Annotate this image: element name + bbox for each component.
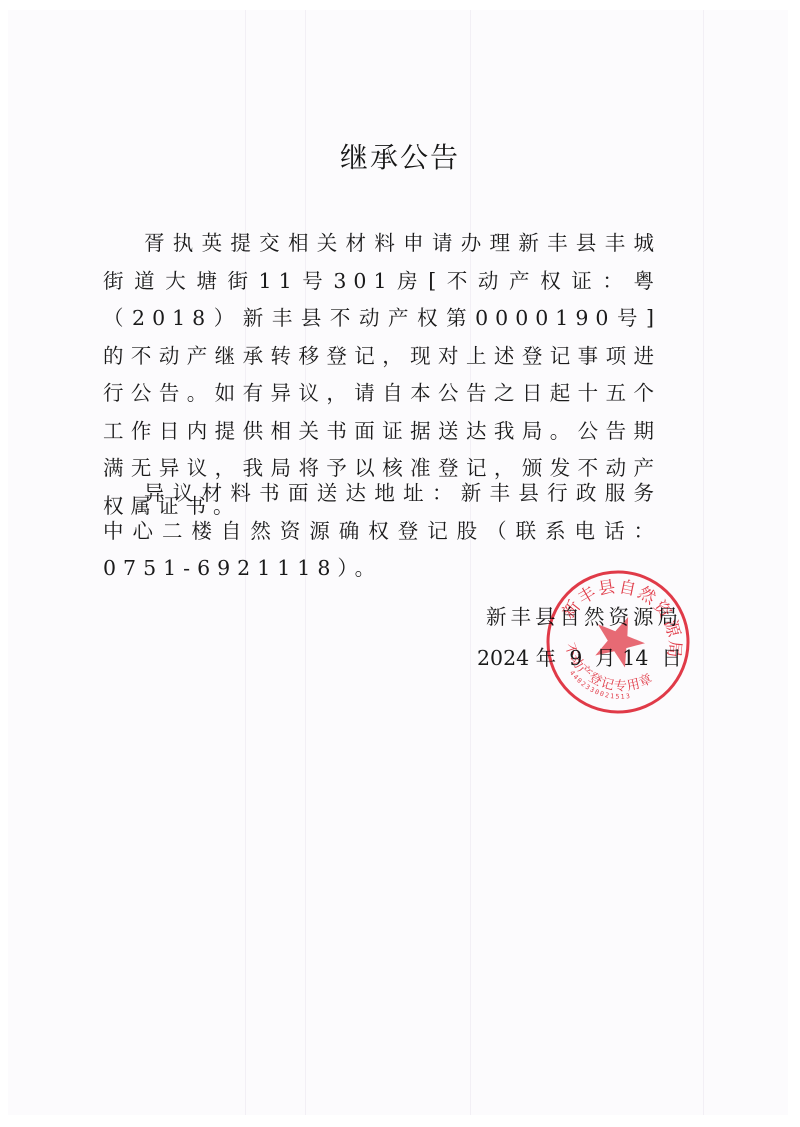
star-icon (586, 607, 651, 671)
document-title: 继承公告 (0, 140, 800, 176)
official-seal: 新丰县自然资源局 不动产登记专用章 4402330021513 (543, 567, 693, 717)
